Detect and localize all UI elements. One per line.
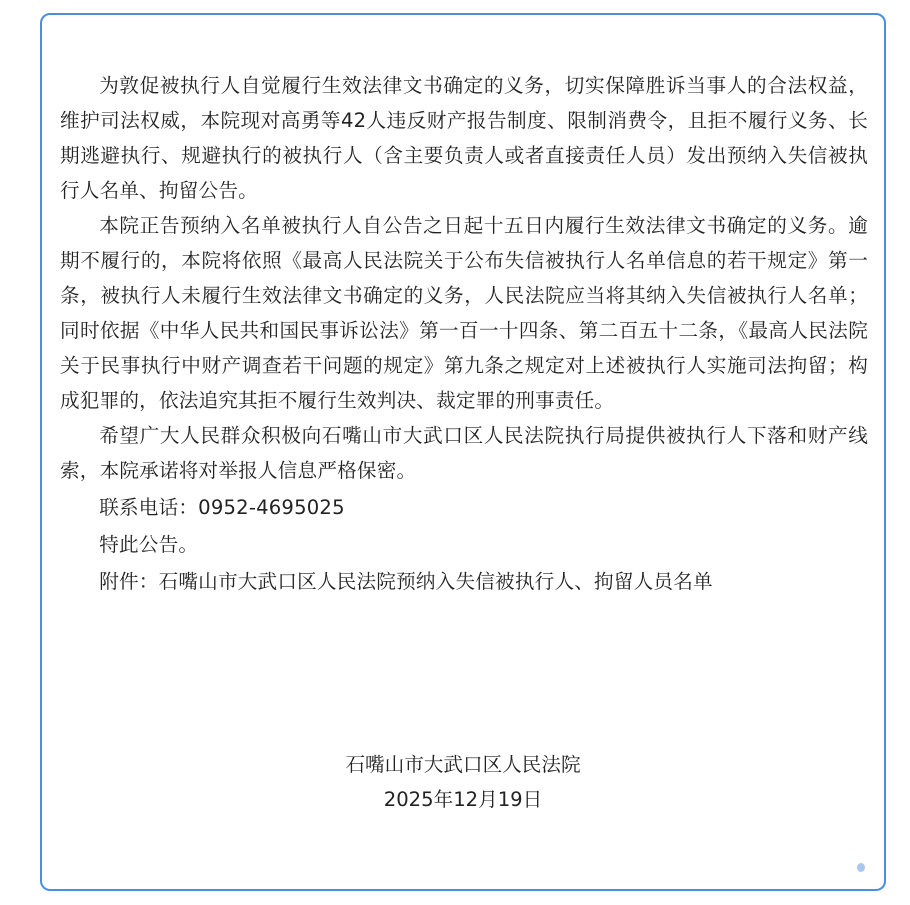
contact-phone: 联系电话：0952-4695025 — [60, 490, 868, 525]
paragraph-appeal: 希望广大人民群众积极向石嘴山市大武口区人民法院执行局提供被执行人下落和财产线索，… — [60, 418, 868, 488]
signature-date: 2025年12月19日 — [40, 782, 886, 817]
paragraph-warning: 本院正告预纳入名单被执行人自公告之日起十五日内履行生效法律文书确定的义务。逾期不… — [60, 208, 868, 418]
signature-court: 石嘴山市大武口区人民法院 — [40, 747, 886, 782]
scroll-indicator-dot — [857, 863, 865, 872]
attachment-note: 附件：石嘴山市大武口区人民法院预纳入失信被执行人、拘留人员名单 — [60, 564, 868, 599]
notice-body: 为敦促被执行人自觉履行生效法律文书确定的义务，切实保障胜诉当事人的合法权益，维护… — [60, 68, 868, 599]
paragraph-intro: 为敦促被执行人自觉履行生效法律文书确定的义务，切实保障胜诉当事人的合法权益，维护… — [60, 68, 868, 208]
closing-statement: 特此公告。 — [60, 527, 868, 562]
